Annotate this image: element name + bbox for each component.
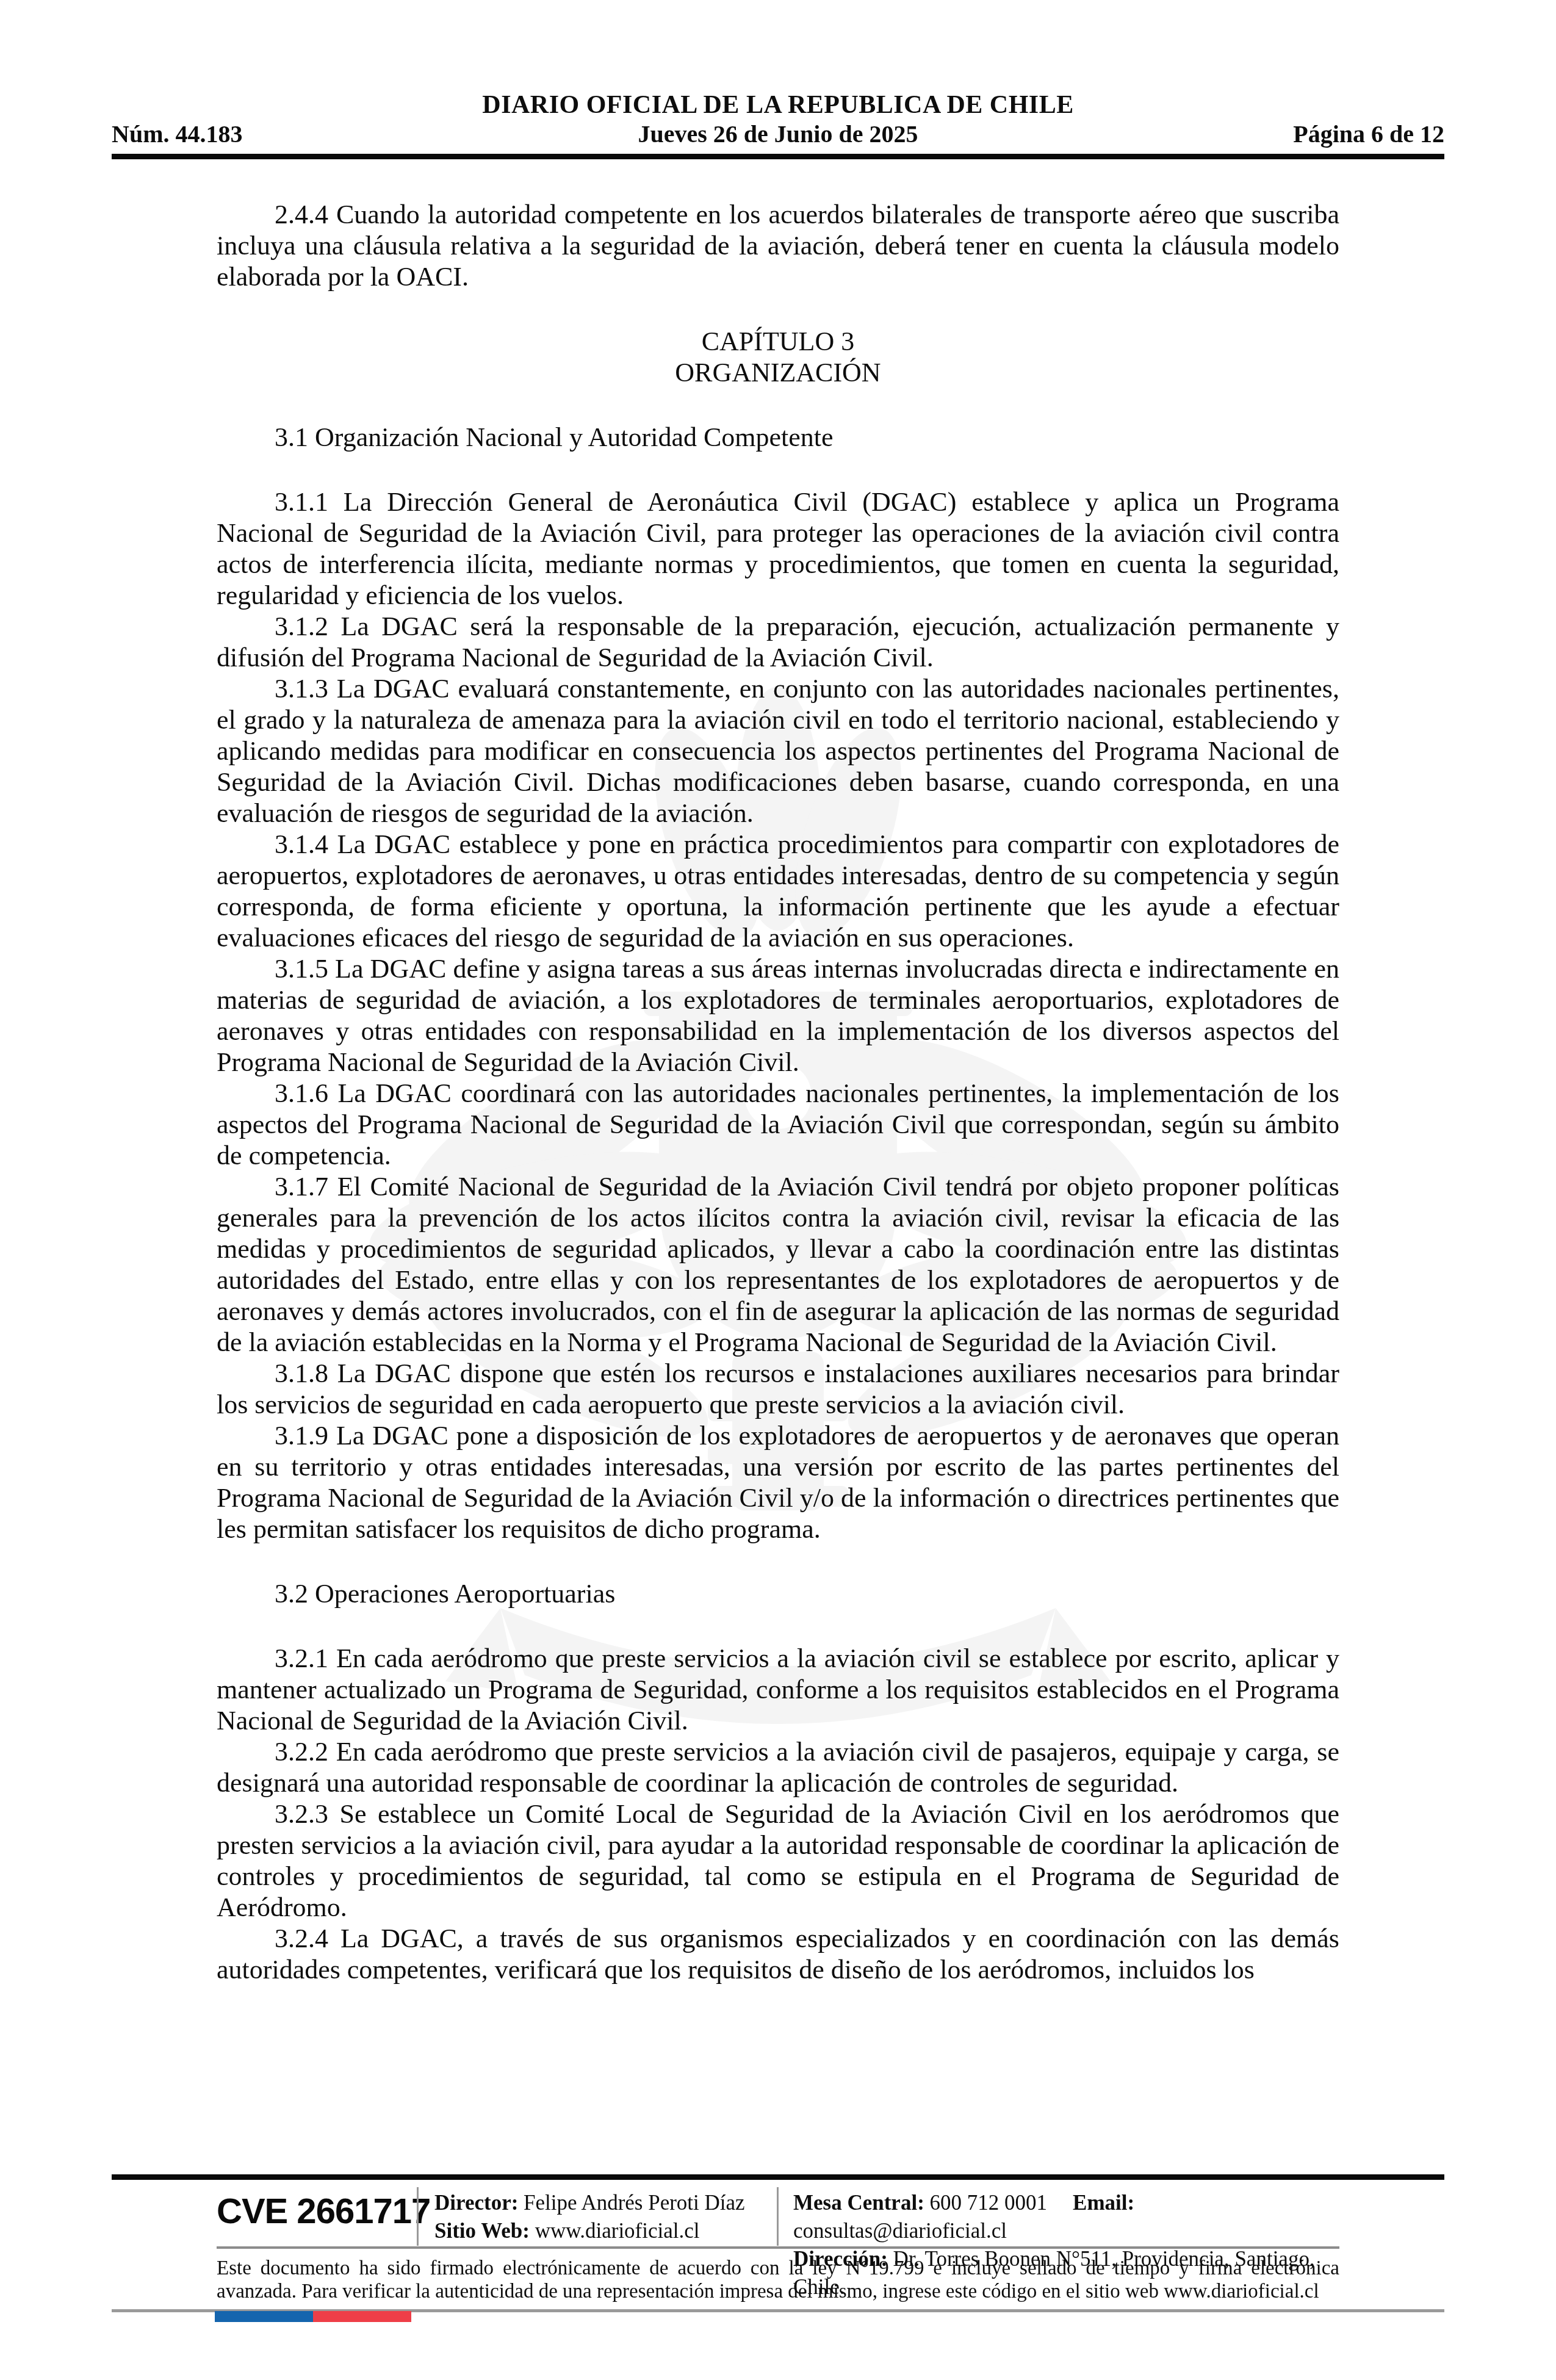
website-line: Sitio Web: www.diarioficial.cl <box>434 2217 767 2245</box>
page-indicator: Página 6 de 12 <box>1074 120 1444 148</box>
chile-flag-bar-icon <box>215 2311 411 2322</box>
chapter-heading: CAPÍTULO 3 <box>217 326 1339 357</box>
phone-label: Mesa Central: <box>793 2191 924 2215</box>
director-block: Director: Felipe Andrés Peroti Díaz Siti… <box>434 2189 767 2245</box>
document-body: 2.4.4 Cuando la autoridad competente en … <box>217 199 1339 1985</box>
chapter-subheading: ORGANIZACIÓN <box>217 357 1339 388</box>
flag-red-segment <box>313 2311 411 2322</box>
footer-vertical-divider-2 <box>777 2187 779 2246</box>
website-label: Sitio Web: <box>434 2219 530 2243</box>
footer-vertical-divider-1 <box>417 2187 419 2246</box>
flag-blue-segment <box>215 2311 313 2322</box>
gazette-page: DIARIO OFICIAL DE LA REPUBLICA DE CHILE … <box>0 0 1556 2380</box>
director-name: Felipe Andrés Peroti Díaz <box>524 2191 745 2215</box>
director-label: Director: <box>434 2191 518 2215</box>
email-address: consultas@diarioficial.cl <box>793 2219 1007 2243</box>
paragraph-2-4-4: 2.4.4 Cuando la autoridad competente en … <box>217 199 1339 292</box>
legal-notice: Este documento ha sido firmado electróni… <box>217 2257 1339 2303</box>
paragraph-3-1-5: 3.1.5 La DGAC define y asigna tareas a s… <box>217 953 1339 1078</box>
footer-top-divider <box>112 2174 1444 2180</box>
cve-code: CVE 2661717 <box>217 2191 430 2232</box>
paragraph-3-1-6: 3.1.6 La DGAC coordinará con las autorid… <box>217 1078 1339 1171</box>
section-heading-3-1: 3.1 Organización Nacional y Autoridad Co… <box>217 422 1339 453</box>
paragraph-3-1-4: 3.1.4 La DGAC establece y pone en prácti… <box>217 829 1339 953</box>
header-meta-row: Núm. 44.183 Jueves 26 de Junio de 2025 P… <box>112 120 1444 148</box>
paragraph-3-2-4: 3.2.4 La DGAC, a través de sus organismo… <box>217 1923 1339 1985</box>
phone-number: 600 712 0001 <box>930 2191 1048 2215</box>
section-heading-3-2: 3.2 Operaciones Aeroportuarias <box>217 1578 1339 1609</box>
paragraph-3-1-2: 3.1.2 La DGAC será la responsable de la … <box>217 611 1339 673</box>
paragraph-3-2-3: 3.2.3 Se establece un Comité Local de Se… <box>217 1798 1339 1923</box>
paragraph-3-2-2: 3.2.2 En cada aeródromo que preste servi… <box>217 1736 1339 1798</box>
phone-email-line: Mesa Central: 600 712 0001Email: consult… <box>793 2189 1345 2245</box>
footer-middle-divider <box>217 2246 1339 2249</box>
director-line: Director: Felipe Andrés Peroti Díaz <box>434 2189 767 2217</box>
paragraph-3-1-8: 3.1.8 La DGAC dispone que estén los recu… <box>217 1358 1339 1420</box>
issue-date: Jueves 26 de Junio de 2025 <box>482 120 1075 148</box>
paragraph-3-2-1: 3.2.1 En cada aeródromo que preste servi… <box>217 1643 1339 1736</box>
website-url: www.diarioficial.cl <box>535 2219 700 2243</box>
email-label: Email: <box>1073 2191 1134 2215</box>
paragraph-3-1-3: 3.1.3 La DGAC evaluará constantemente, e… <box>217 673 1339 829</box>
paragraph-3-1-9: 3.1.9 La DGAC pone a disposición de los … <box>217 1420 1339 1545</box>
paragraph-3-1-1: 3.1.1 La Dirección General de Aeronáutic… <box>217 486 1339 611</box>
header-divider <box>112 154 1444 159</box>
paragraph-3-1-7: 3.1.7 El Comité Nacional de Seguridad de… <box>217 1171 1339 1358</box>
issue-number: Núm. 44.183 <box>112 120 482 148</box>
page-title: DIARIO OFICIAL DE LA REPUBLICA DE CHILE <box>0 90 1556 120</box>
